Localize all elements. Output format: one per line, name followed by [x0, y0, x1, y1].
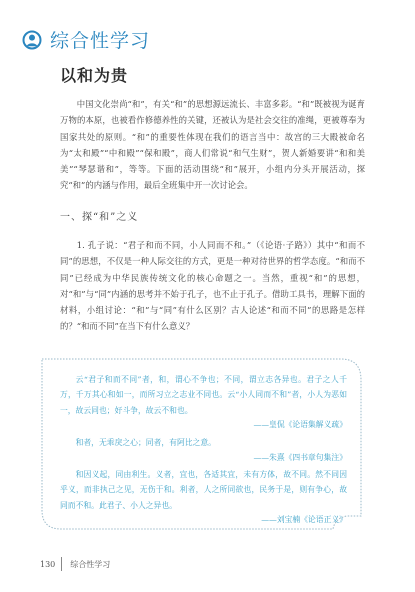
quote-3-text: 和因义起，同由利生。义者，宜也，各适其宜，未有方体，故不同。然不同因乎义，而非执… [60, 467, 347, 513]
quote-2-text: 和者，无乖戾之心；同者，有阿比之意。 [60, 435, 347, 450]
footer-section-label: 综合性学习 [70, 559, 110, 570]
page-header: 综合性学习 [22, 26, 150, 53]
quote-1-source: ——皇侃《论语集解义疏》 [253, 419, 347, 430]
page-footer: 130 综合性学习 [40, 557, 110, 571]
question-1: 1. 孔子说：“君子和而不同，小人同而不和。”（《论语·子路》）其中“和而不同”… [60, 237, 365, 335]
quote-box: 云“君子和而不同”者，和，谓心不争也；不同，谓立志各异也。君子之人千万，千万其心… [41, 358, 363, 530]
quote-2-source: ——朱熹《四书章句集注》 [253, 452, 347, 463]
footer-divider [61, 557, 62, 571]
quote-1-text: 云“君子和而不同”者，和，谓心不争也；不同，谓立志各异也。君子之人千万，千万其心… [60, 372, 347, 418]
chapter-title: 综合性学习 [50, 26, 150, 53]
person-circle-icon [22, 30, 42, 50]
intro-paragraph: 中国文化崇尚“和”，有关“和”的思想源远流长、丰富多彩。“和”既被视为诞育万物的… [60, 96, 365, 194]
quote-3-source: ——刘宝楠《论语正义》 [261, 514, 347, 525]
page-number: 130 [40, 560, 55, 569]
lesson-title: 以和为贵 [60, 63, 128, 86]
section-heading: 一、探“和”之义 [60, 208, 138, 223]
